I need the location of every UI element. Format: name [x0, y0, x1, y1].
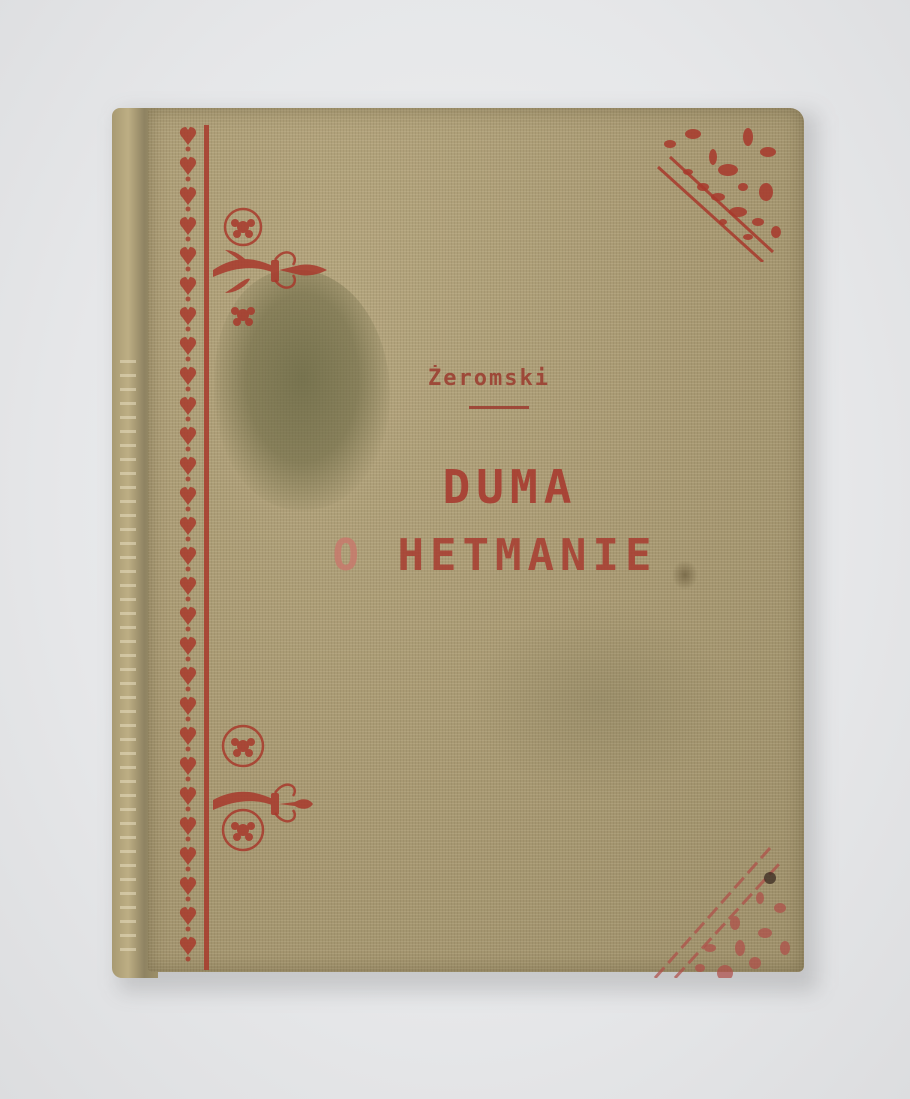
title-word-hetmanie: HETMANIE: [398, 530, 658, 581]
title-line-2: O HETMANIE: [325, 530, 665, 581]
light-stain: [470, 600, 730, 800]
title-word-o: O: [333, 530, 366, 581]
fleur-de-lis-scroll-icon: [205, 718, 330, 858]
fleur-de-lis-scroll-icon: [205, 205, 330, 335]
floral-corner-top-right-icon: [648, 112, 798, 262]
floral-corner-bottom-right-icon: [640, 838, 800, 978]
author-name: Żeromski: [428, 366, 578, 391]
author-underline: [469, 406, 529, 409]
dark-spot: [672, 560, 698, 590]
spine-frayed-edge: [120, 360, 136, 960]
title-line-1: DUMA: [410, 460, 610, 514]
